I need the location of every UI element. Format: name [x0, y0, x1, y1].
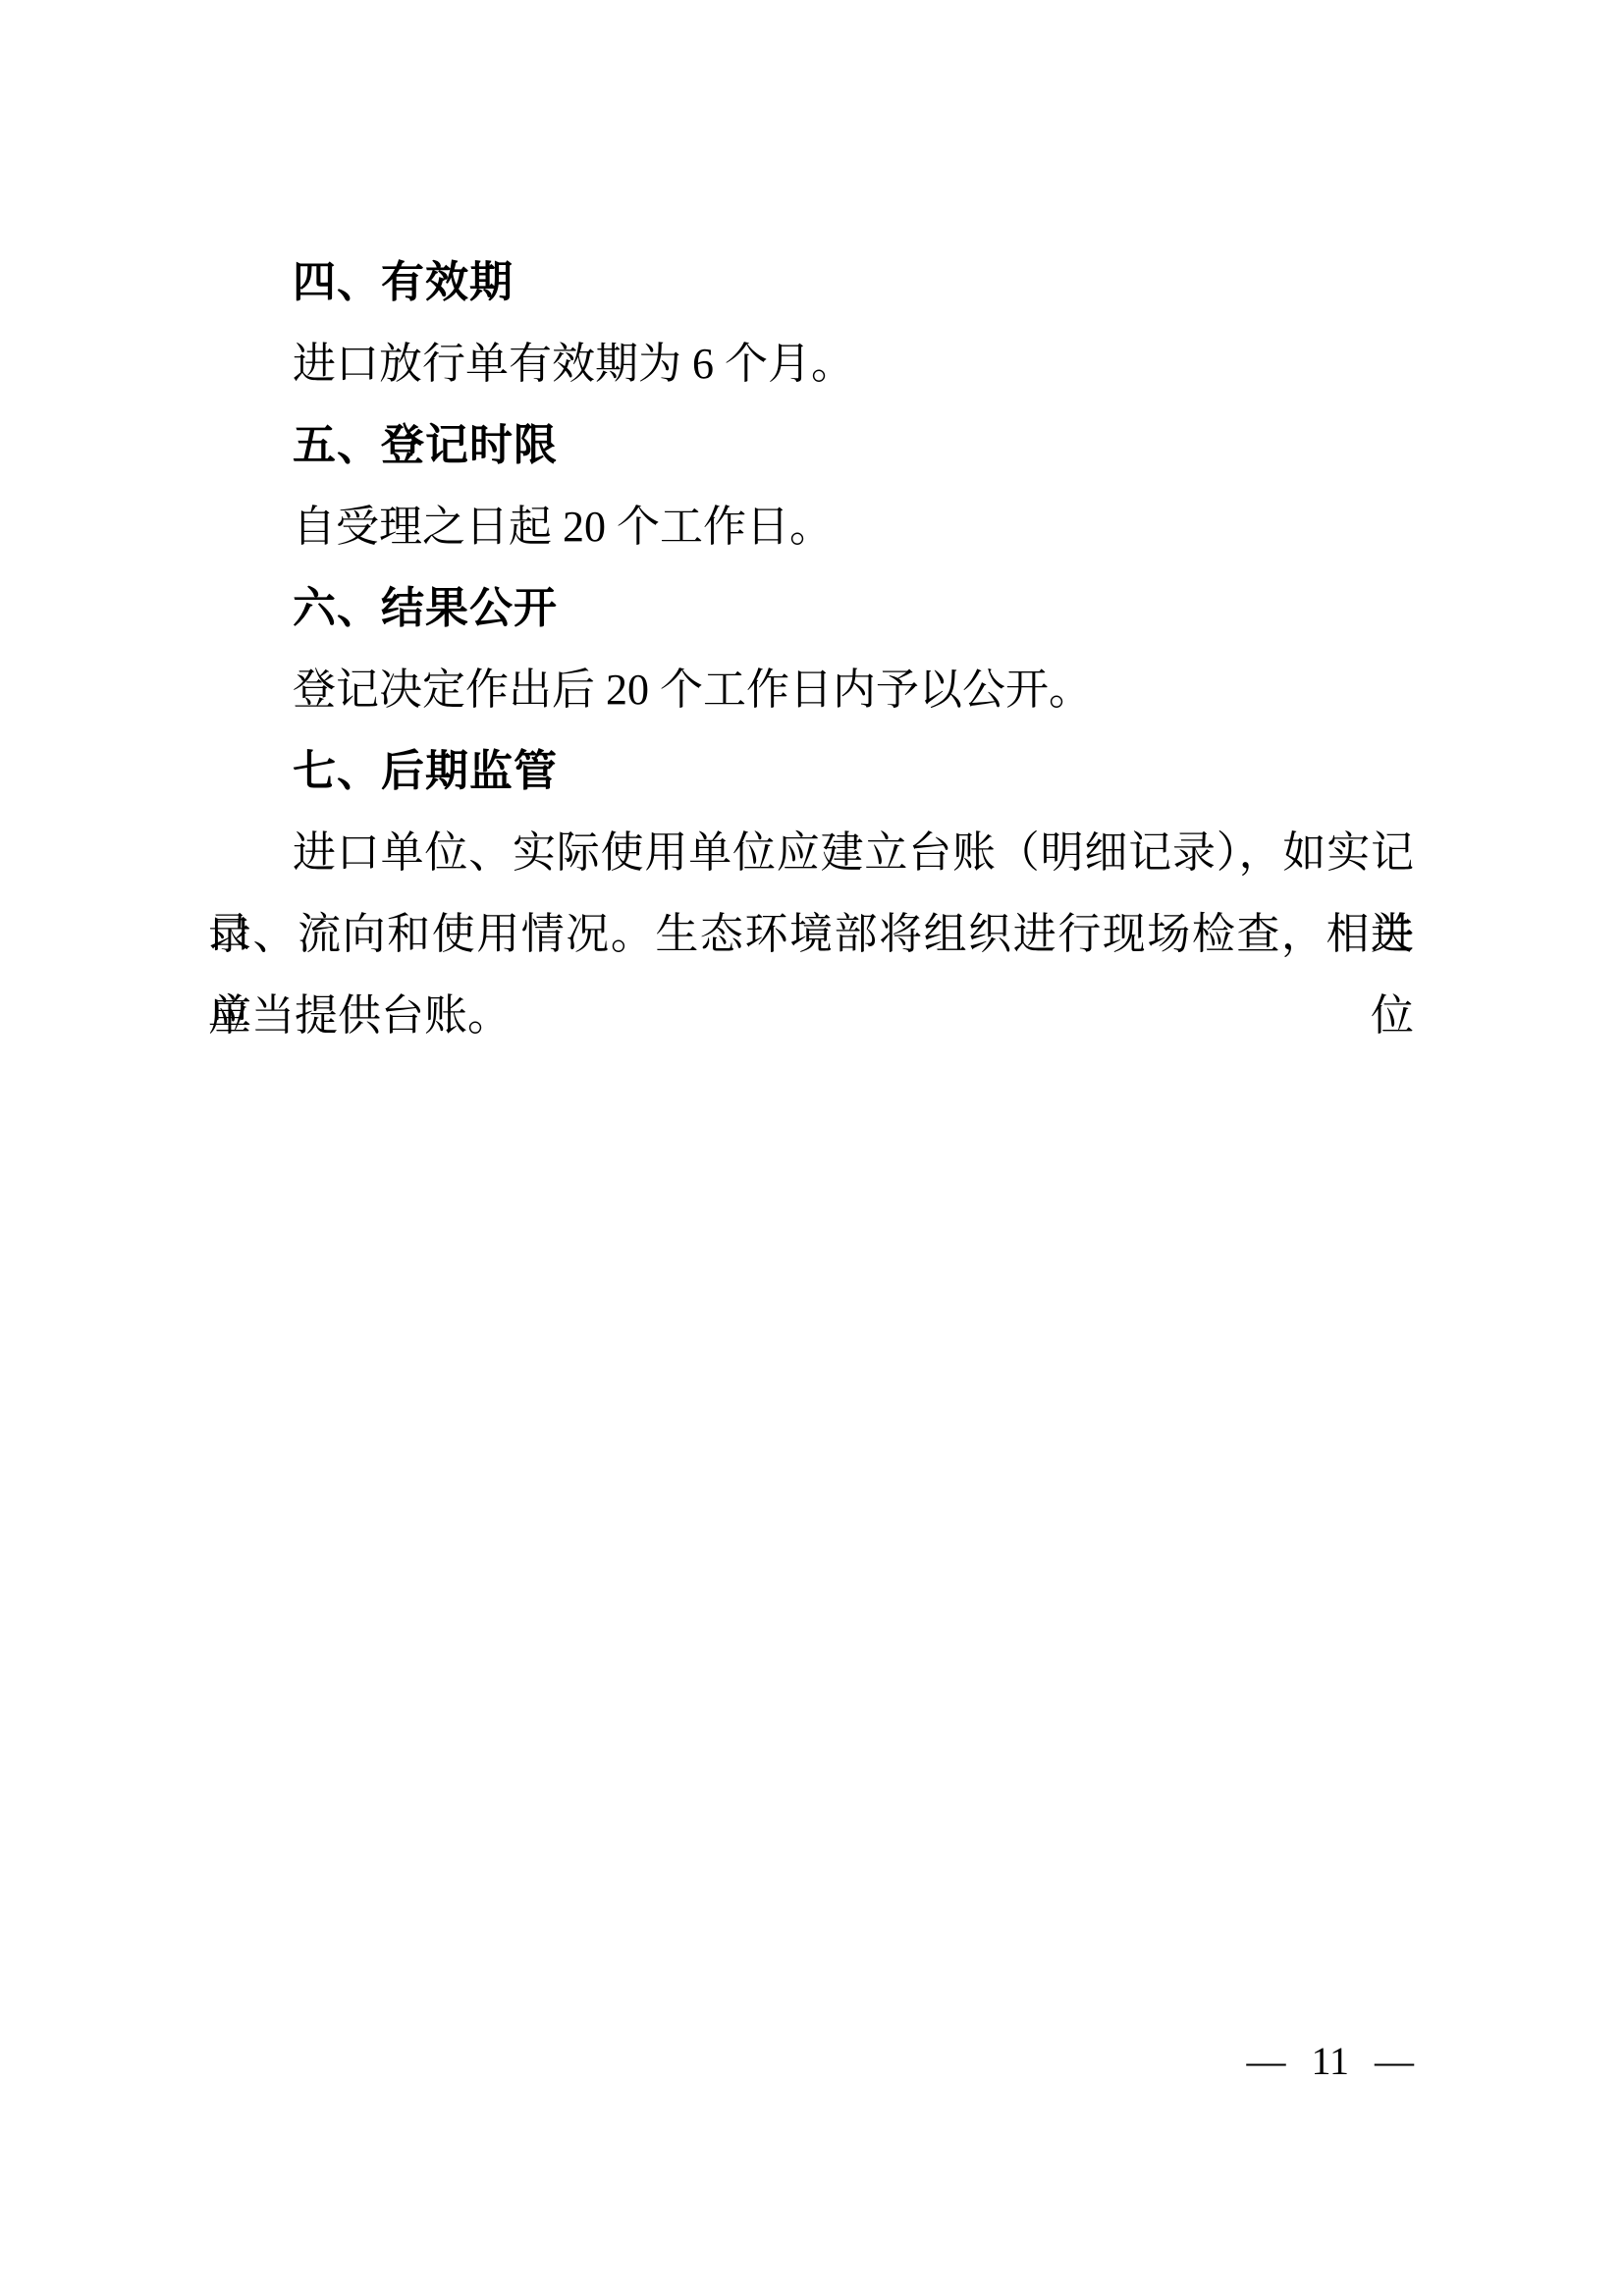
footer-page-number: 11 [1311, 2038, 1349, 2085]
section-heading-result-disclosure: 六、结果公开 [208, 567, 1414, 649]
section-heading-registration-time-limit: 五、登记时限 [208, 404, 1414, 486]
section-body-validity-period: 进口放行单有效期为 6 个月。 [208, 323, 1414, 404]
paragraph-line-1: 进口单位、实际使用单位应建立台账（明细记录），如实记录进 [208, 812, 1414, 893]
page-footer: —11— [1246, 2038, 1414, 2085]
section-heading-validity-period: 四、有效期 [208, 241, 1414, 323]
footer-dash-left: — [1246, 2039, 1285, 2083]
document-page: 四、有效期 进口放行单有效期为 6 个月。 五、登记时限 自受理之日起 20 个… [0, 0, 1624, 2296]
section-body-registration-time-limit: 自受理之日起 20 个工作日。 [208, 486, 1414, 567]
section-body-result-disclosure: 登记决定作出后 20 个工作日内予以公开。 [208, 649, 1414, 730]
document-body: 四、有效期 进口放行单有效期为 6 个月。 五、登记时限 自受理之日起 20 个… [208, 241, 1414, 1056]
section-heading-post-supervision: 七、后期监管 [208, 730, 1414, 812]
footer-dash-right: — [1375, 2039, 1414, 2083]
paragraph-line-2: 口、流向和使用情况。生态环境部将组织进行现场检查，相关单位 [208, 893, 1414, 975]
